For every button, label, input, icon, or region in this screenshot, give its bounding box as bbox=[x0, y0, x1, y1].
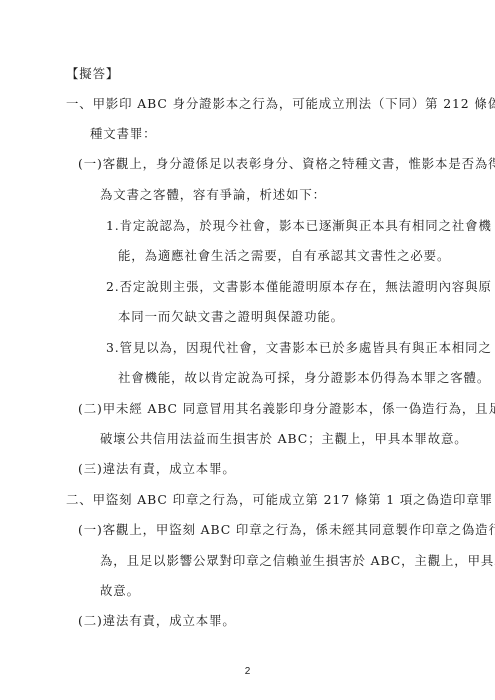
answer-heading: 【擬答】 bbox=[66, 66, 119, 82]
page-number: 2 bbox=[0, 666, 495, 677]
opinion-3-author-cont: 社會機能，故以肯定說為可採，身分證影本仍得為本罪之客體。 bbox=[118, 370, 490, 386]
section-1-item-1-cont: 為文書之客體，容有爭論，析述如下： bbox=[100, 187, 326, 203]
section-1-title-cont: 種文書罪： bbox=[90, 126, 156, 142]
section-1-item-2: (二)甲未經 ABC 同意冒用其名義影印身分證影本，係一偽造行為，且足以 bbox=[78, 401, 495, 417]
section-1-item-1: (一)客觀上，身分證係足以表彰身分、資格之特種文書，惟影本是否為得 bbox=[78, 156, 495, 172]
section-2-item-1: (一)客觀上，甲盜刻 ABC 印章之行為，係未經其同意製作印章之偽造行 bbox=[78, 522, 495, 538]
section-2-item-2: (二)違法有責，成立本罪。 bbox=[78, 613, 236, 629]
opinion-2-negative: 2.否定說則主張，文書影本僅能證明原本存在，無法證明內容與原 bbox=[106, 279, 492, 295]
section-2-item-1-cont: 為，且足以影響公眾對印章之信賴並生損害於 ABC，主觀上，甲具本罪 bbox=[100, 553, 495, 569]
section-1-title: 一、甲影印 ABC 身分證影本之行為，可能成立刑法（下同）第 212 條偽造特 bbox=[66, 96, 495, 112]
opinion-2-negative-cont: 本同一而欠缺文書之證明與保證功能。 bbox=[118, 309, 344, 325]
section-2-item-1-cont-2: 故意。 bbox=[100, 583, 140, 599]
section-2-title: 二、甲盜刻 ABC 印章之行為，可能成立第 217 條第 1 項之偽造印章罪： bbox=[66, 492, 495, 508]
section-1-item-2-cont: 破壞公共信用法益而生損害於 ABC；主觀上，甲具本罪故意。 bbox=[100, 431, 468, 447]
section-1-item-3: (三)違法有責，成立本罪。 bbox=[78, 461, 236, 477]
document-page: 【擬答】 一、甲影印 ABC 身分證影本之行為，可能成立刑法（下同）第 212 … bbox=[0, 0, 495, 700]
opinion-1-affirmative-cont: 能，為適應社會生活之需要，自有承認其文書性之必要。 bbox=[118, 248, 450, 264]
opinion-3-author: 3.管見以為，因現代社會，文書影本已於多處皆具有與正本相同之 bbox=[106, 340, 492, 356]
opinion-1-affirmative: 1.肯定說認為，於現今社會，影本已逐漸與正本具有相同之社會機 bbox=[106, 218, 492, 234]
